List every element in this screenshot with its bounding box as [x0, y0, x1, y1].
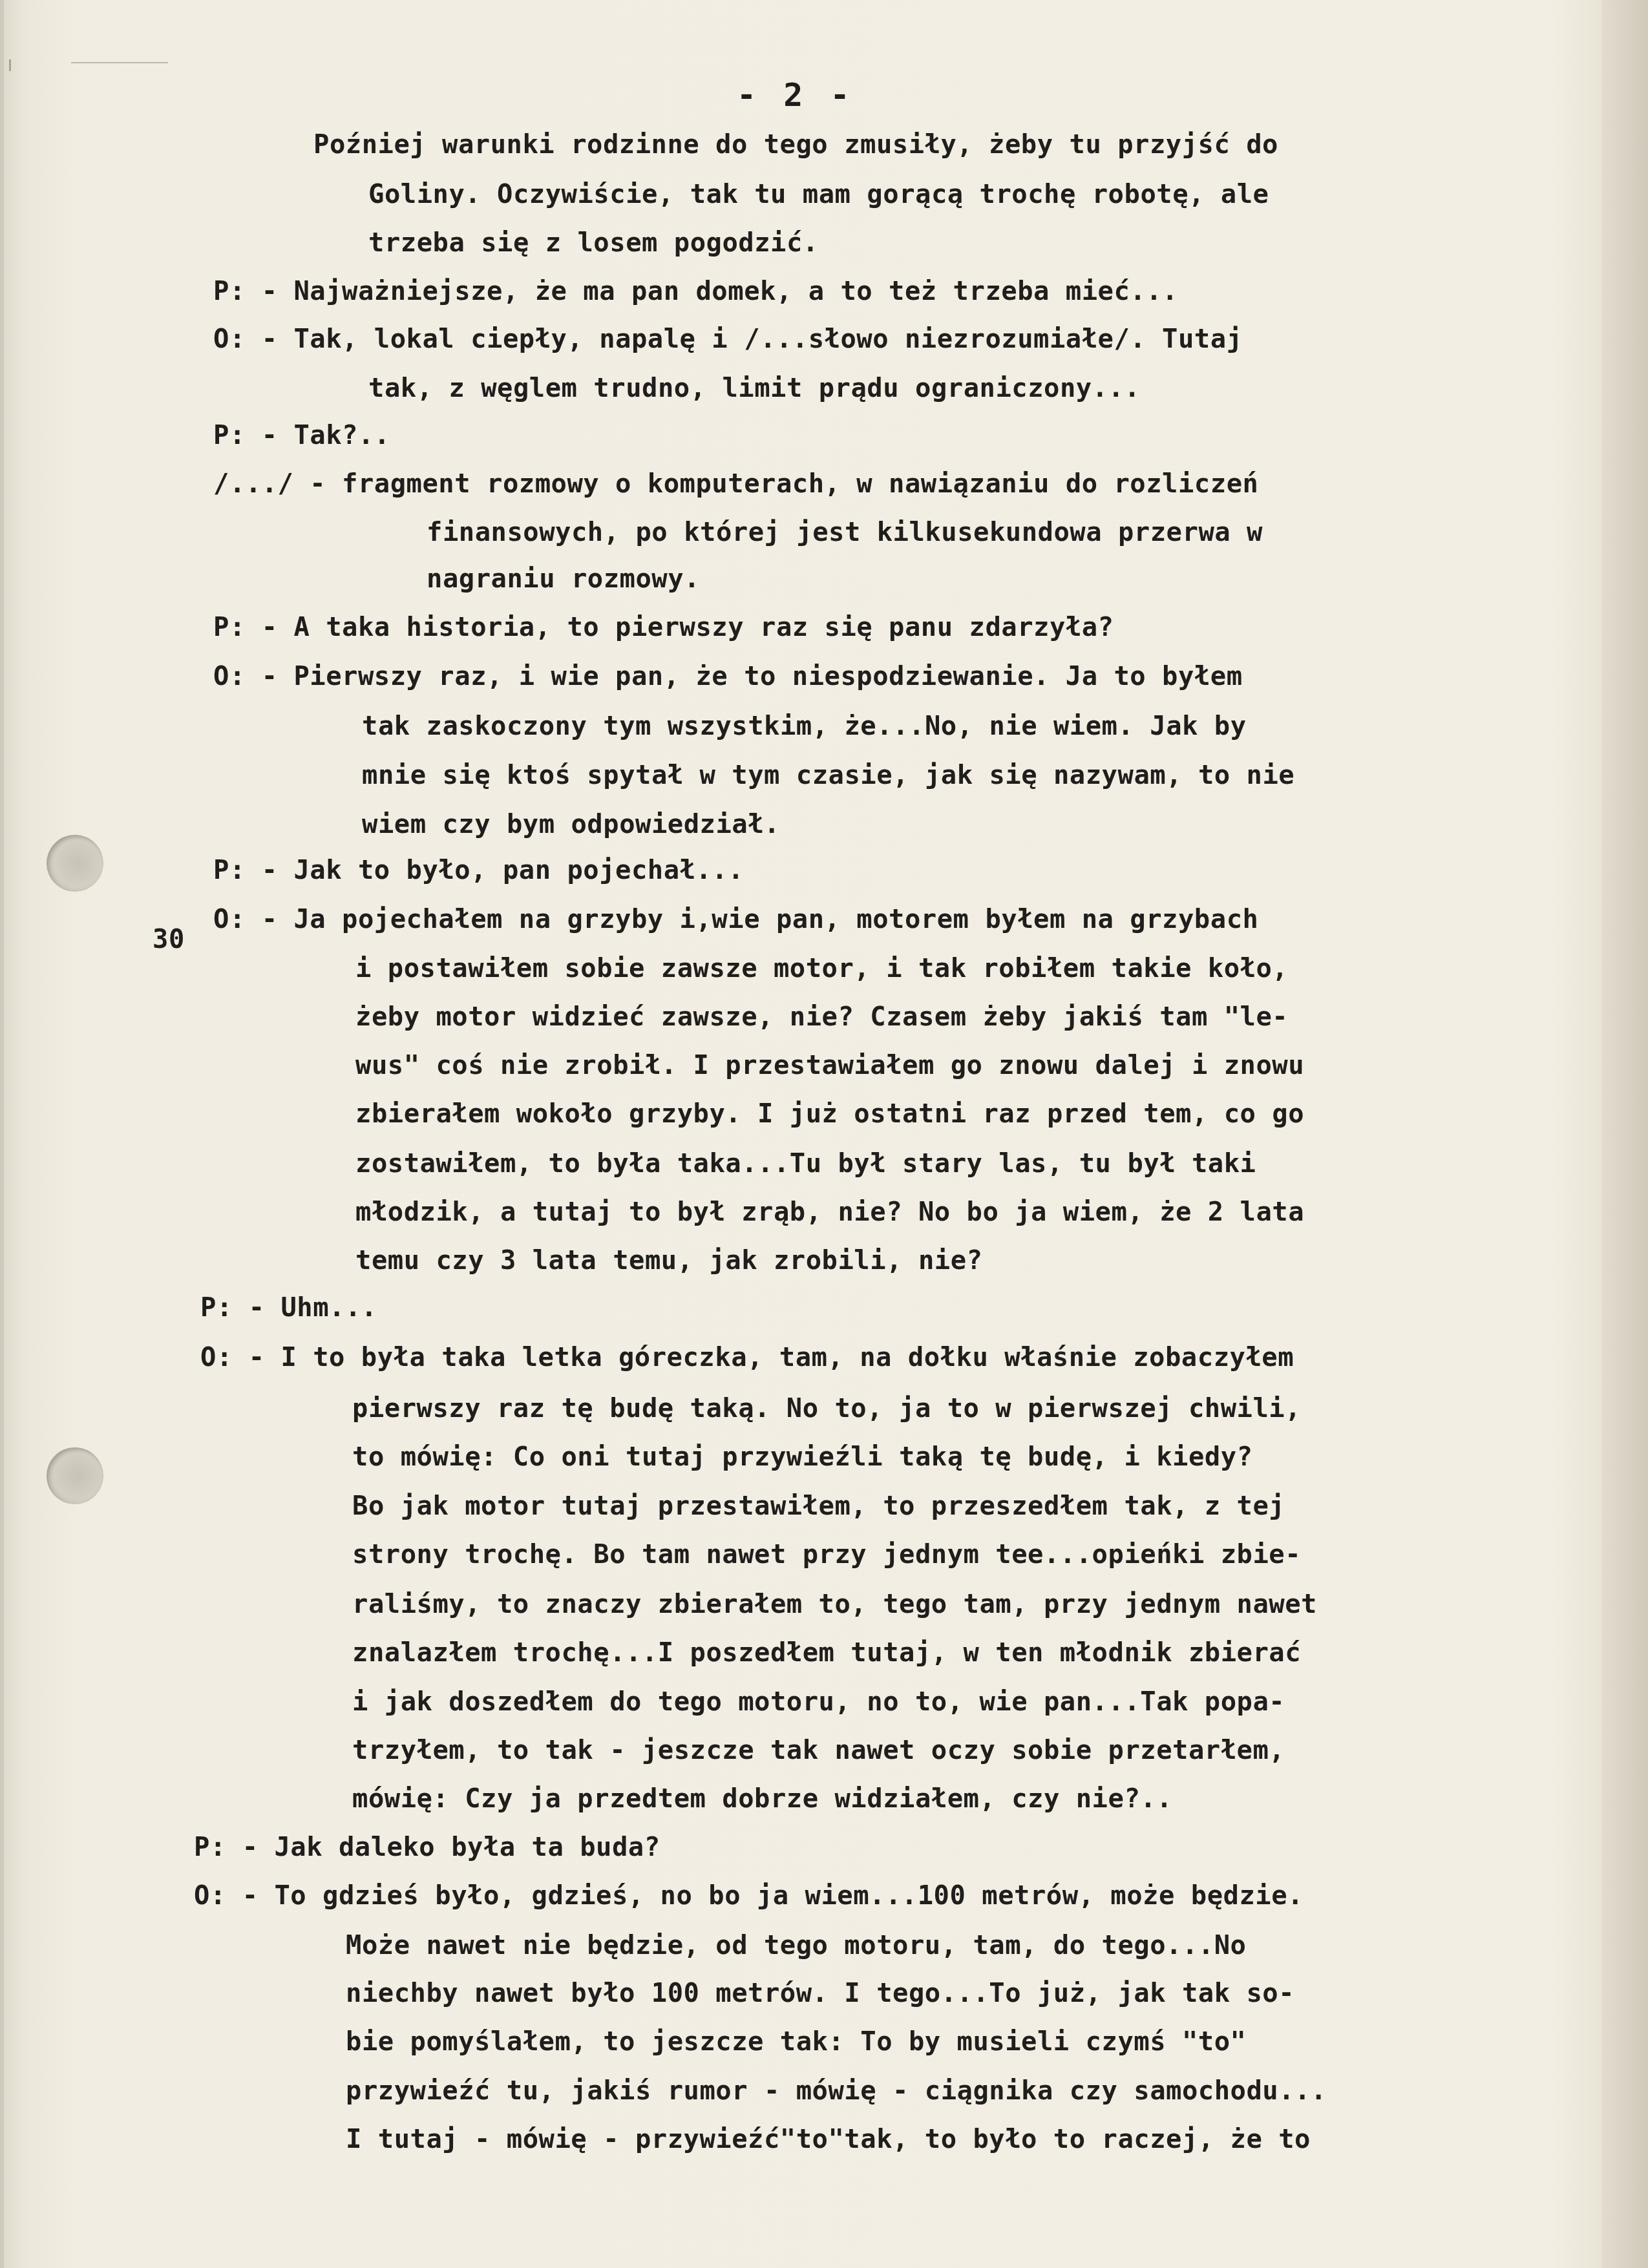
- transcript-line: P: - Jak daleko była ta buda?: [194, 1834, 660, 1860]
- transcript-line: niechby nawet było 100 metrów. I tego...…: [346, 1980, 1294, 2006]
- transcript-line: bie pomyślałem, to jeszcze tak: To by mu…: [346, 2028, 1246, 2055]
- transcript-line: Goliny. Oczywiście, tak tu mam gorącą tr…: [368, 181, 1269, 207]
- transcript-line: nagraniu rozmowy.: [427, 565, 700, 592]
- transcript-line: trzyłem, to tak - jeszcze tak nawet oczy…: [352, 1737, 1285, 1763]
- transcript-line: P: - Uhm...: [200, 1294, 377, 1321]
- transcript-line: I tutaj - mówię - przywieźć"to"tak, to b…: [346, 2126, 1311, 2152]
- transcript-line: P: - Jak to było, pan pojechał...: [213, 857, 744, 883]
- margin-line-number: 30: [153, 926, 185, 952]
- transcript-line: P: - Najważniejsze, że ma pan domek, a t…: [213, 278, 1178, 304]
- pencil-scratch: [71, 62, 168, 63]
- transcript-line: młodzik, a tutaj to był zrąb, nie? No bo…: [355, 1199, 1304, 1225]
- document-page: - 2 - 30 Poźniej warunki rodzinne do teg…: [0, 0, 1648, 2268]
- page-number: - 2 -: [737, 76, 854, 114]
- punch-hole-icon: [47, 1447, 103, 1504]
- transcript-line: tak, z węglem trudno, limit prądu ograni…: [368, 375, 1140, 401]
- page-edge: [0, 0, 4, 2268]
- transcript-line: Poźniej warunki rodzinne do tego zmusiły…: [313, 131, 1278, 158]
- transcript-line: żeby motor widzieć zawsze, nie? Czasem ż…: [355, 1003, 1288, 1030]
- transcript-line: pierwszy raz tę budę taką. No to, ja to …: [352, 1395, 1301, 1422]
- transcript-line: raliśmy, to znaczy zbierałem to, tego ta…: [352, 1591, 1317, 1617]
- transcript-line: znalazłem trochę...I poszedłem tutaj, w …: [352, 1639, 1301, 1666]
- transcript-line: wus" coś nie zrobił. I przestawiałem go …: [355, 1052, 1304, 1078]
- transcript-line: finansowych, po której jest kilkusekundo…: [427, 519, 1263, 545]
- transcript-line: strony trochę. Bo tam nawet przy jednym …: [352, 1541, 1301, 1568]
- transcript-line: mnie się ktoś spytał w tym czasie, jak s…: [362, 762, 1294, 788]
- transcript-line: temu czy 3 lata temu, jak zrobili, nie?: [355, 1247, 982, 1274]
- transcript-line: mówię: Czy ja przedtem dobrze widziałem,…: [352, 1785, 1172, 1812]
- transcript-line: O: - To gdzieś było, gdzieś, no bo ja wi…: [194, 1882, 1304, 1909]
- transcript-line: zbierałem wokoło grzyby. I już ostatni r…: [355, 1100, 1304, 1127]
- transcript-line: to mówię: Co oni tutaj przywieźli taką t…: [352, 1444, 1252, 1470]
- page-right-edge: [1601, 0, 1648, 2268]
- transcript-line: zostawiłem, to była taka...Tu był stary …: [355, 1150, 1256, 1177]
- transcript-line: i jak doszedłem do tego motoru, no to, w…: [352, 1688, 1285, 1715]
- transcript-line: P: - A taka historia, to pierwszy raz si…: [213, 614, 1114, 640]
- transcript-line: trzeba się z losem pogodzić.: [368, 229, 819, 256]
- transcript-line: wiem czy bym odpowiedział.: [362, 811, 780, 837]
- transcript-line: O: - Ja pojechałem na grzyby i,wie pan, …: [213, 906, 1258, 932]
- transcript-line: przywieźć tu, jakiś rumor - mówię - ciąg…: [346, 2077, 1327, 2104]
- transcript-line: /.../ - fragment rozmowy o komputerach, …: [213, 470, 1258, 497]
- transcript-line: Bo jak motor tutaj przestawiłem, to prze…: [352, 1493, 1285, 1519]
- edge-mark: [9, 59, 11, 71]
- transcript-line: O: - Tak, lokal ciepły, napalę i /...sło…: [213, 326, 1243, 352]
- punch-hole-icon: [47, 835, 103, 892]
- transcript-line: P: - Tak?..: [213, 422, 390, 448]
- transcript-line: O: - I to była taka letka góreczka, tam,…: [200, 1344, 1294, 1370]
- transcript-line: tak zaskoczony tym wszystkim, że...No, n…: [362, 713, 1247, 739]
- transcript-line: O: - Pierwszy raz, i wie pan, że to nies…: [213, 663, 1243, 689]
- transcript-line: Może nawet nie będzie, od tego motoru, t…: [346, 1932, 1246, 1958]
- transcript-line: i postawiłem sobie zawsze motor, i tak r…: [355, 955, 1288, 982]
